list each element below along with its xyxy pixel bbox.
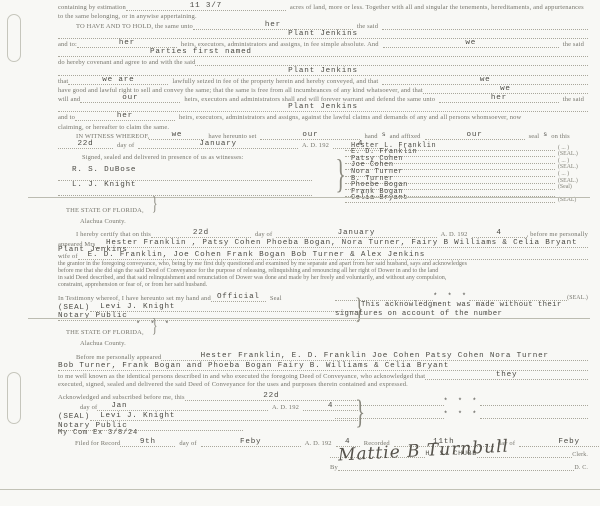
- seal-label: ( ... ): [555, 158, 588, 164]
- typed-fill-day: 9th: [120, 438, 175, 447]
- printed-text: and to: [58, 114, 75, 121]
- typed-fill: her: [193, 21, 353, 30]
- blank-signature-block: * * * * * *: [335, 393, 588, 419]
- paragraph-line: constraint, apprehension or fear of, or …: [58, 281, 588, 288]
- blank-line: [480, 418, 589, 419]
- typed-fill-names: Bob Turner, Frank Bogan and Phoeba Bogan…: [58, 362, 588, 371]
- printed-text: Filed for Record: [75, 440, 120, 447]
- printed-text: have good and lawful right to sell and c…: [58, 87, 423, 94]
- deed-line: Plant Jenkins: [58, 103, 588, 112]
- notary-block: Acknowledged and subscribed before me, t…: [58, 391, 358, 437]
- printed-text: constraint, apprehension or fear of, or …: [58, 282, 207, 288]
- notary-signature: Levi J. Knight: [90, 412, 358, 421]
- names-line: Bob Turner, Frank Bogan and Phoeba Bogan…: [58, 361, 588, 371]
- typed-fill-names: Hester Franklin , Patsy Cohen Phoeba Bog…: [95, 239, 588, 248]
- clerk-label: Clerk.: [572, 452, 588, 458]
- notary-signature-line: (SEAL) Levi J. Knight: [58, 302, 358, 312]
- seal-label: (Seal): [555, 184, 588, 190]
- typed-fill: her: [77, 39, 177, 48]
- typed-fill-grantee: Plant Jenkins: [58, 30, 588, 39]
- printed-text: containing by estimation: [58, 4, 126, 11]
- typed-fill-day: 22d: [58, 140, 113, 149]
- typed-plural-s: s: [543, 131, 547, 138]
- deputy-label: D. C.: [574, 465, 588, 471]
- punch-hole-icon: [7, 14, 21, 62]
- printed-text: will and: [58, 96, 80, 103]
- appeared-line: appeared Mrs Hester Franklin , Patsy Coh…: [58, 238, 588, 248]
- typed-fill: our: [260, 131, 360, 140]
- seal-label: ( ... ): [555, 171, 588, 177]
- printed-text: in said Deed described, and that said re…: [58, 275, 446, 281]
- printed-text: before me that she did sign the said Dee…: [58, 268, 438, 274]
- state-line: THE STATE OF FLORIDA, }: [58, 326, 588, 336]
- witness-signature: R. S. DuBose: [58, 166, 312, 181]
- printed-text: the said: [559, 41, 588, 48]
- typed-fill-year: 4: [472, 229, 527, 238]
- acknowledged-line: Acknowledged and subscribed before me, t…: [58, 391, 358, 401]
- printed-text: to the same belonging, or in anywise app…: [58, 13, 197, 20]
- witness-block: Signed, sealed and delivered in presence…: [58, 154, 358, 196]
- section-divider: [28, 197, 590, 198]
- page-bottom-edge: [0, 489, 600, 490]
- county-label: Alachua County.: [58, 218, 126, 225]
- typed-fill: our: [80, 94, 180, 103]
- acknowledgment-note-block: * * * (SEAL.) This acknowledgment was ma…: [335, 291, 588, 319]
- deed-line: that we are lawfully seized in fee of th…: [58, 76, 588, 85]
- typed-stars: * * *: [444, 411, 480, 419]
- deed-line: IN WITNESS WHEREOF, we have hereunto set…: [58, 131, 588, 140]
- punch-hole-icon: [7, 372, 21, 424]
- deed-line: to the same belonging, or in anywise app…: [58, 11, 588, 20]
- printed-text: By: [330, 464, 338, 471]
- notary-signature: Levi J. Knight: [90, 303, 358, 312]
- deed-line: Parties first named: [58, 48, 588, 57]
- scanned-deed-page: containing by estimation 11 3/7 acres of…: [0, 0, 600, 506]
- printed-text: A. D. 192: [298, 142, 333, 149]
- known-line: to me well known as the identical person…: [58, 371, 588, 380]
- wife-of-line: wife of E. D. Franklin, Joe Cohen Frank …: [58, 252, 588, 260]
- typed-note: This acknowledgment was made without the…: [335, 301, 588, 310]
- deed-line: will and our heirs, executors and admini…: [58, 94, 588, 103]
- deed-line: do hereby covenant and agree to and with…: [58, 57, 588, 66]
- printed-text: heirs, executors and administrators shal…: [180, 96, 439, 103]
- printed-text: the said: [559, 96, 588, 103]
- printed-text: have hereunto set: [204, 133, 260, 140]
- county-line: Alachua County.: [58, 336, 588, 347]
- deed-line: and to her heirs, executors, administrat…: [58, 112, 588, 121]
- printed-text: to me well known as the identical person…: [58, 373, 425, 380]
- typed-fill-month: Jan: [97, 402, 268, 411]
- county-line: Alachua County.: [58, 214, 588, 225]
- date-line: day of Jan A. D. 192 4: [58, 401, 358, 411]
- grantor-signature: Celia Bryant: [345, 194, 555, 203]
- printed-text: heirs, executors, administrators and ass…: [177, 41, 383, 48]
- typed-fill: we are: [68, 76, 168, 85]
- typed-stars: * * *: [433, 293, 469, 301]
- notary-title-line: Notary Public: [58, 312, 358, 321]
- notary-signature-line: (SEAL) Levi J. Knight: [58, 411, 358, 421]
- commission-note: My Com Ex 3/8/24: [58, 429, 138, 437]
- paragraph-line: in said Deed described, and that said re…: [58, 274, 588, 281]
- printed-text: IN WITNESS WHEREOF,: [58, 133, 149, 140]
- notary-block: In Testimony whereof, I have hereunto se…: [58, 291, 358, 329]
- printed-text: acres of land, more or less. Together wi…: [286, 4, 588, 11]
- blank-line: [335, 418, 444, 419]
- printed-text: the grantor in the foregoing conveyance,…: [58, 261, 467, 267]
- certify-line: I hereby certify that on this 22d day of…: [58, 227, 588, 238]
- seal-label: (SEAL): [58, 413, 90, 421]
- seal-line: * * * (SEAL.): [335, 291, 588, 301]
- printed-text: on this: [547, 133, 574, 140]
- printed-text: TO HAVE AND TO HOLD, the same unto: [58, 23, 193, 30]
- testimony-line: In Testimony whereof, I have hereunto se…: [58, 291, 358, 302]
- seal-label: (SEAL): [555, 197, 588, 203]
- printed-text: claiming, or hereafter to claim the same…: [58, 124, 169, 131]
- printed-text: hand: [360, 133, 381, 140]
- printed-text: In Testimony whereof, I have hereunto se…: [58, 295, 211, 302]
- seal-label: (SEAL.): [555, 151, 588, 157]
- printed-text: Seal: [266, 295, 286, 302]
- printed-text: day of: [251, 231, 276, 238]
- appeared-line: Before me personally appeared Hester Fra…: [58, 350, 588, 361]
- printed-text: day of: [58, 404, 97, 411]
- printed-text: seal: [525, 133, 544, 140]
- typed-fill: we: [382, 76, 588, 85]
- printed-text: and to:: [58, 41, 77, 48]
- typed-fill-month: January: [276, 229, 436, 238]
- printed-text: executed, signed, sealed and delivered t…: [58, 381, 408, 388]
- seal-label: ( ... ): [555, 145, 588, 151]
- section-divider: [28, 318, 590, 319]
- typed-fill-month: January: [138, 140, 298, 149]
- brace-icon: }: [152, 316, 158, 336]
- deed-line: Plant Jenkins: [58, 66, 588, 75]
- typed-fill-names: Hester Franklin, E. D. Franklin Joe Cohe…: [161, 352, 588, 361]
- typed-plural-s: s: [382, 131, 386, 138]
- stars-line: * * *: [335, 406, 588, 419]
- grantor-acknowledgment-section: THE STATE OF FLORIDA, } Alachua County. …: [58, 326, 588, 437]
- state-label: THE STATE OF FLORIDA,: [58, 207, 144, 214]
- notary-title: Notary Public: [58, 312, 358, 321]
- typed-fill: we: [149, 131, 204, 140]
- grantor-signature-column: Hester L. Franklin ( ... ) E. D. Frankli…: [345, 144, 588, 203]
- typed-fill: Official: [211, 293, 266, 302]
- printed-text: lawfully seized in fee of the property h…: [168, 78, 382, 85]
- printed-text: and affixed: [386, 133, 425, 140]
- printed-text: A. D. 192: [301, 440, 336, 447]
- typed-fill: her: [439, 94, 559, 103]
- witness-heading: Signed, sealed and delivered in presence…: [58, 154, 358, 166]
- typed-fill: Parties first named: [58, 48, 588, 57]
- printed-text: A. D. 192: [437, 231, 472, 238]
- printed-text: day of: [175, 440, 200, 447]
- deed-line: and to: her heirs, executors, administra…: [58, 39, 588, 48]
- paragraph-line: the grantor in the foregoing conveyance,…: [58, 260, 588, 267]
- brace-icon: }: [152, 194, 158, 214]
- deed-date-line: 22d day of January A. D. 192 4: [58, 140, 388, 149]
- deed-line: TO HAVE AND TO HOLD, the same unto her t…: [58, 20, 588, 29]
- state-line: THE STATE OF FLORIDA, }: [58, 204, 588, 214]
- executed-line: executed, signed, sealed and delivered t…: [58, 380, 588, 388]
- printed-text: that: [58, 78, 68, 85]
- deed-line: Plant Jenkins: [58, 30, 588, 39]
- state-label: THE STATE OF FLORIDA,: [58, 329, 144, 336]
- deed-line: claiming, or hereafter to claim the same…: [58, 121, 588, 130]
- seal-label: (SEAL): [58, 304, 90, 312]
- typed-fill-month: Feby: [201, 438, 301, 447]
- typed-fill-grantee: Plant Jenkins: [58, 103, 588, 112]
- paragraph-line: before me that she did sign the said Dee…: [58, 267, 588, 274]
- typed-fill: our: [425, 131, 525, 140]
- typed-fill-day: 22d: [151, 229, 251, 238]
- printed-text: I hereby certify that on this: [58, 231, 151, 238]
- typed-fill: 11 3/7: [126, 2, 286, 11]
- typed-fill-husbands: E. D. Franklin, Joe Cohen Frank Bogan Bo…: [78, 251, 588, 260]
- filed-recorded-line: Filed for Record 9th day of Feby A. D. 1…: [75, 437, 588, 447]
- printed-text: heirs, executors, administrators and ass…: [175, 114, 525, 121]
- printed-text: day of: [113, 142, 138, 149]
- blank-line: [480, 405, 589, 406]
- blank-line: [335, 405, 444, 406]
- seal-label: (SEAL.): [567, 295, 588, 301]
- printed-text: , before me personally: [527, 231, 588, 238]
- witness-signature: L. J. Knight: [58, 181, 312, 196]
- printed-text: do hereby covenant and agree to and with…: [58, 59, 195, 66]
- seal-label: (SEAL.): [555, 178, 588, 184]
- seal-label: (SEAL.): [555, 164, 588, 170]
- typed-fill-month: Feby: [519, 438, 600, 447]
- typed-fill-day: 22d: [185, 392, 358, 401]
- typed-fill-grantee: Plant Jenkins: [58, 67, 588, 76]
- deed-line: have good and lawful right to sell and c…: [58, 85, 588, 94]
- deed-line: containing by estimation 11 3/7 acres of…: [58, 2, 588, 11]
- county-label: Alachua County.: [58, 340, 126, 347]
- typed-fill: they: [425, 371, 588, 380]
- typed-stars: * * *: [444, 398, 480, 406]
- blank-line: [338, 470, 575, 471]
- typed-fill: her: [75, 112, 175, 121]
- printed-text: Before me personally appeared: [58, 354, 161, 361]
- printed-text: wife of: [58, 253, 78, 260]
- printed-text: Acknowledged and subscribed before me, t…: [58, 394, 185, 401]
- stars-line: * * *: [335, 393, 588, 406]
- printed-text: A. D. 192: [268, 404, 303, 411]
- printed-text: the said: [353, 23, 382, 30]
- typed-fill: we: [383, 39, 559, 48]
- typed-fill: we: [423, 85, 588, 94]
